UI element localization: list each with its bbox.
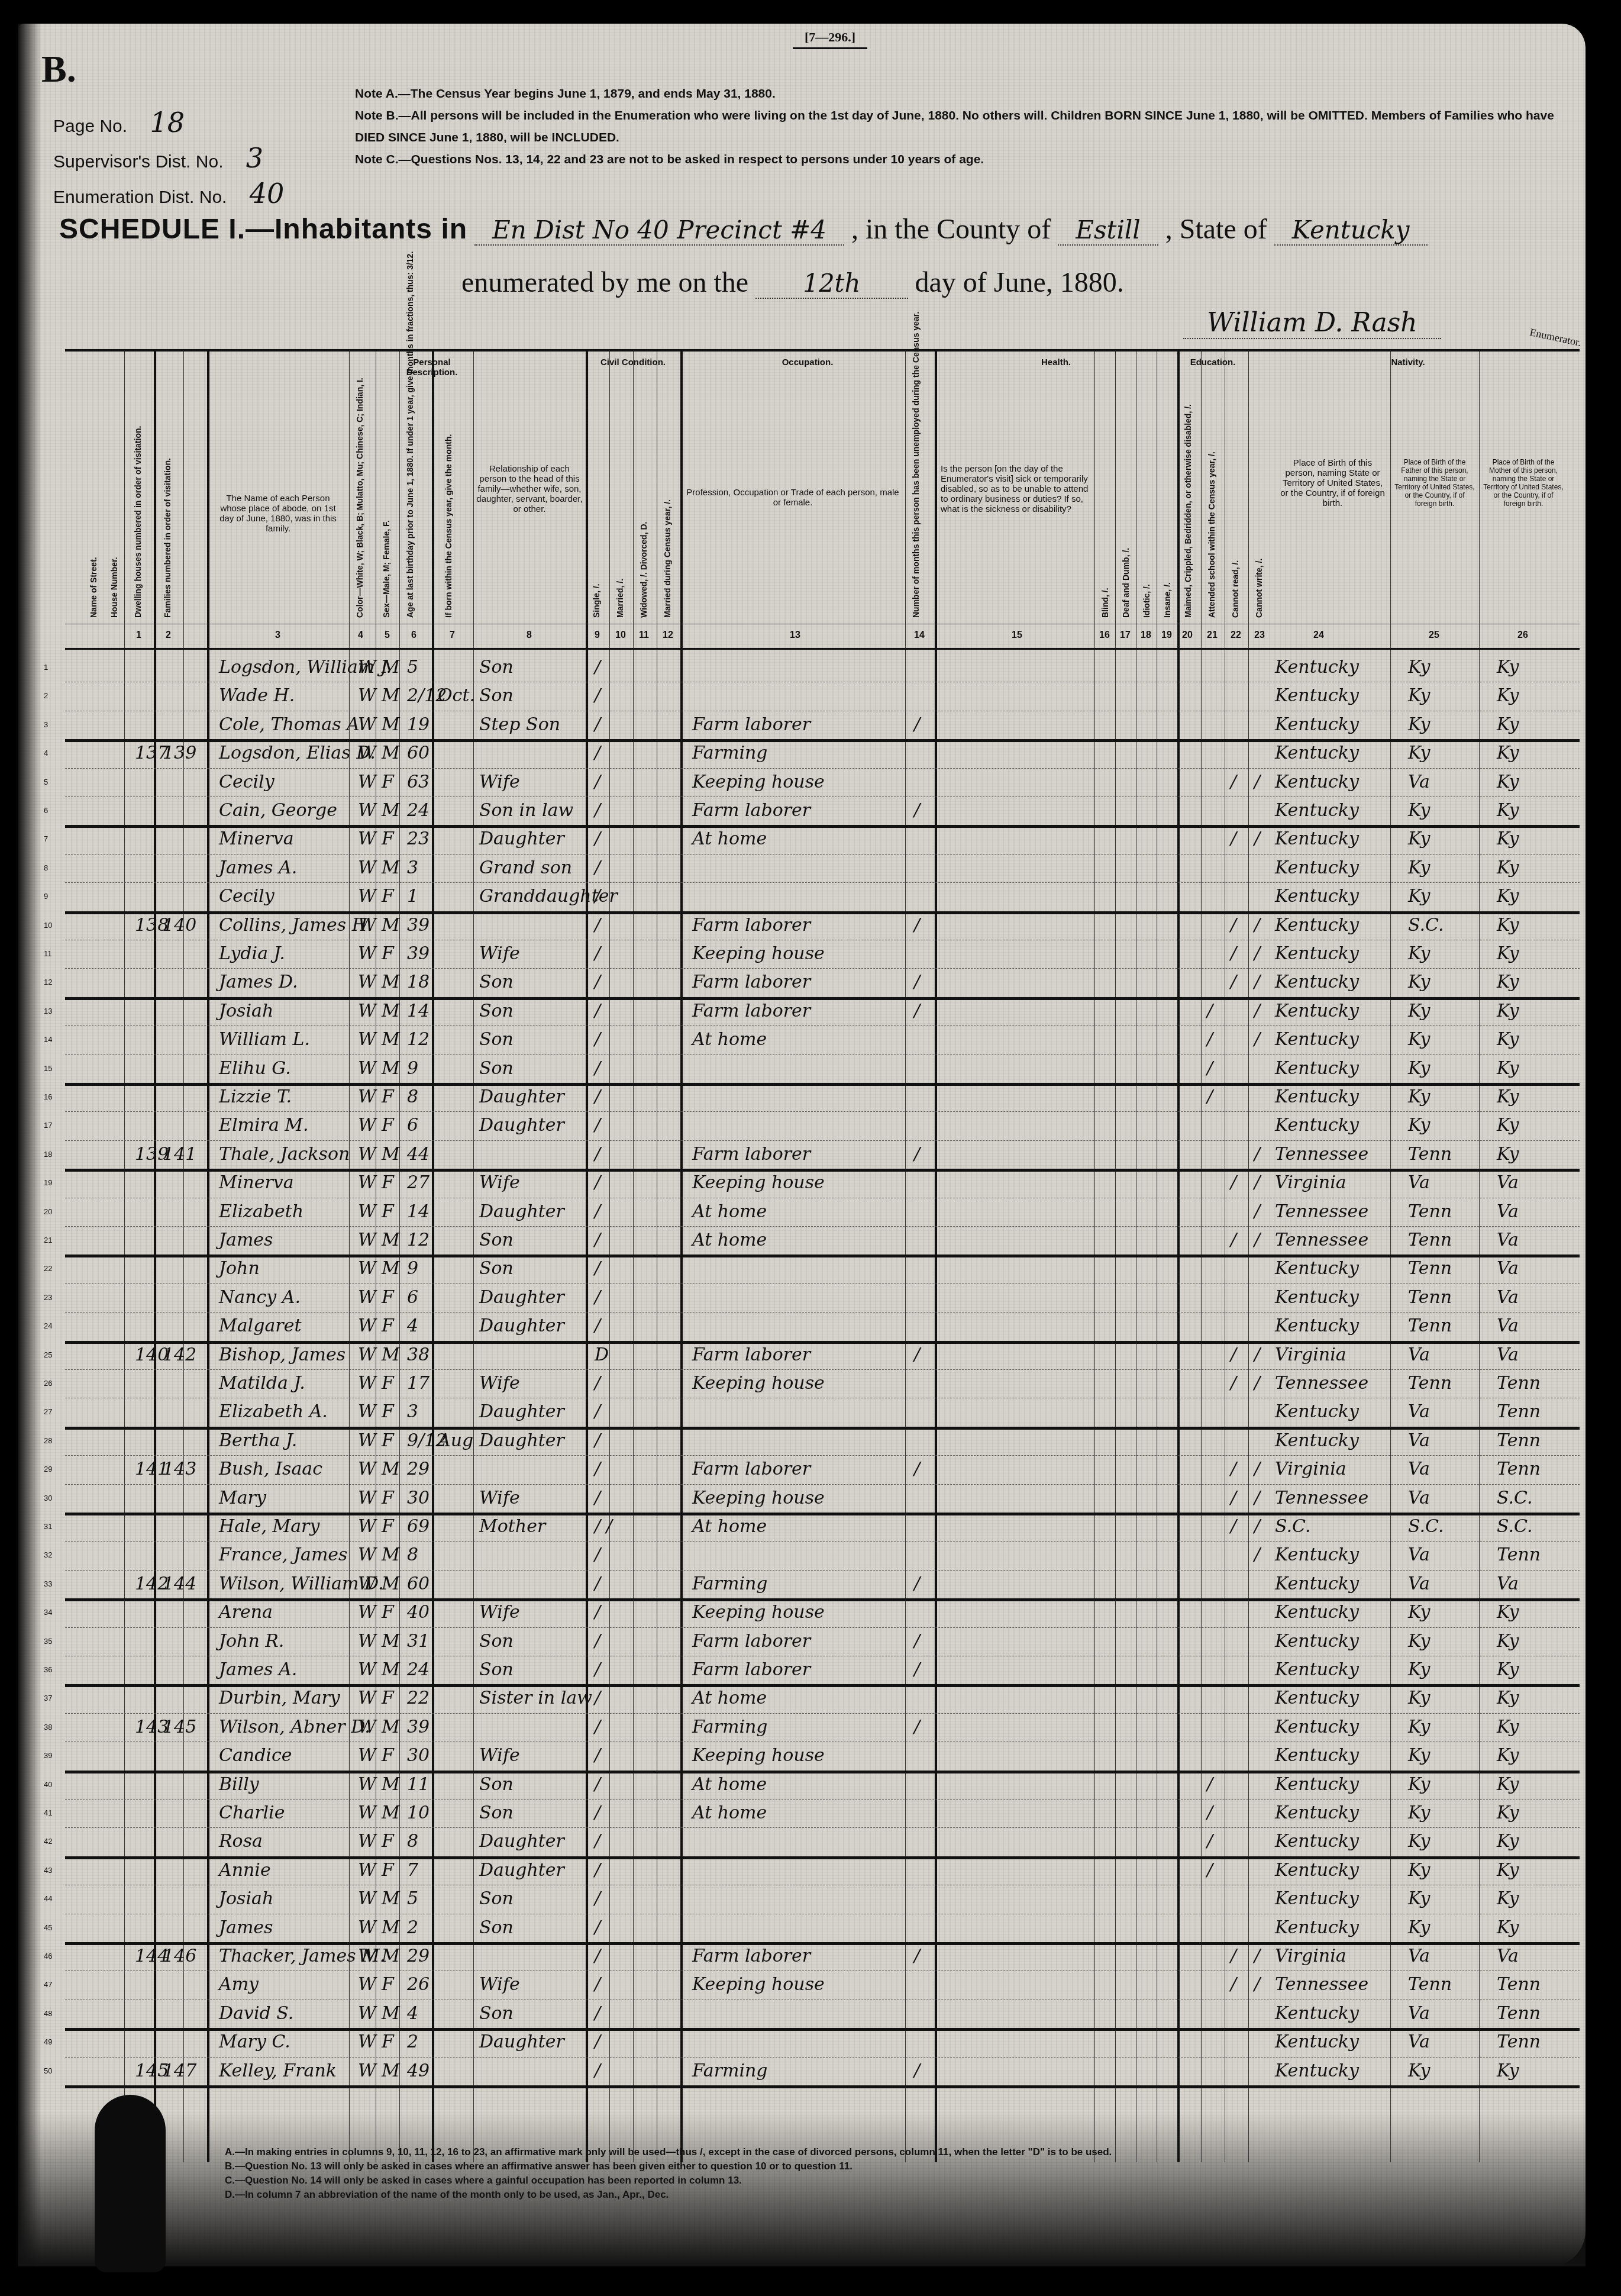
cell-civil: / — [595, 1688, 600, 1708]
cell-relation: Wife — [479, 1172, 520, 1193]
cell-father: Va — [1408, 1344, 1430, 1365]
cell-name: Josiah — [219, 1001, 273, 1021]
col-family: Families numbered in order of visitation… — [163, 387, 172, 618]
cell-color: W — [358, 1172, 376, 1193]
cell-ln: 2 — [44, 691, 48, 700]
cell-sex: F — [382, 2031, 394, 2052]
enumerated-day: 12th — [755, 269, 908, 299]
cell-name: David S. — [219, 2003, 293, 2024]
cell-father: Ky — [1408, 1860, 1430, 1881]
cell-occupation: Farm laborer — [692, 1659, 810, 1680]
cell-sex: M — [382, 1001, 400, 1021]
cell-color: W — [358, 828, 376, 849]
col-dwelling: Dwelling houses numbered in order of vis… — [133, 387, 143, 618]
cell-sex: F — [382, 1115, 394, 1136]
cell-name: Nancy A. — [219, 1287, 301, 1308]
cell-color: W — [358, 1831, 376, 1852]
cell-color: W — [358, 1631, 376, 1652]
cell-civil: / — [595, 743, 600, 763]
cell-civil: / — [595, 1946, 600, 1966]
cell-color: W — [358, 1086, 376, 1107]
cell-birth: Kentucky — [1275, 2003, 1359, 2024]
cell-birth: Kentucky — [1275, 943, 1359, 964]
cell-relation: Daughter — [479, 2031, 564, 2052]
cell-age: 29 — [407, 1459, 430, 1479]
col-born-month: If born within the Census year, give the… — [444, 387, 453, 618]
col-sickness: Is the person [on the day of the Enumera… — [941, 464, 1089, 514]
cell-age: 14 — [407, 1001, 430, 1021]
cell-sex: F — [382, 828, 394, 849]
cell-father: Va — [1408, 1401, 1430, 1422]
cell-write: / — [1254, 1144, 1260, 1165]
cell-read: / — [1231, 1373, 1236, 1394]
cell-age: 60 — [407, 1573, 430, 1594]
cell-color: W — [358, 685, 376, 706]
cell-birth: Kentucky — [1275, 714, 1359, 735]
table-row: 24MalgaretWF4Daughter/KentuckyTennVa — [65, 1312, 1580, 1343]
cell-ln: 18 — [44, 1150, 52, 1159]
cell-relation: Daughter — [479, 1115, 564, 1136]
cell-name: James A. — [219, 1659, 297, 1680]
cell-ln: 16 — [44, 1092, 52, 1101]
cell-mother: Va — [1497, 1201, 1519, 1222]
cell-relation: Son — [479, 1917, 514, 1938]
cell-father: Ky — [1408, 1115, 1430, 1136]
cell-read: / — [1231, 972, 1236, 992]
cell-relation: Son — [479, 685, 514, 706]
cell-civil: / — [595, 1144, 600, 1165]
footnote-a: A.—In making entries in columns 9, 10, 1… — [225, 2145, 1112, 2159]
cell-color: W — [358, 1115, 376, 1136]
cell-name: Mary — [219, 1488, 266, 1508]
cell-sex: M — [382, 1888, 400, 1909]
cell-father: Ky — [1408, 1001, 1430, 1021]
cell-father: Ky — [1408, 1831, 1430, 1852]
cell-write: / — [1254, 1201, 1260, 1222]
cell-mother: Ky — [1497, 657, 1519, 678]
cell-relation: Son — [479, 1631, 514, 1652]
cell-birth: Kentucky — [1275, 1029, 1359, 1050]
cell-read: / — [1231, 1459, 1236, 1479]
note-c: Note C.—Questions Nos. 13, 14, 22 and 23… — [355, 149, 1568, 170]
cell-birth: Kentucky — [1275, 1544, 1359, 1565]
cell-birth: Kentucky — [1275, 1115, 1359, 1136]
cell-unemployed: / — [914, 1001, 920, 1021]
footnote-b: B.—Question No. 13 will only be asked in… — [225, 2159, 1112, 2174]
cell-sex: F — [382, 1287, 394, 1308]
cell-sex: F — [382, 1831, 394, 1852]
cell-occupation: Farming — [692, 743, 768, 763]
cell-write: / — [1254, 1459, 1260, 1479]
cell-father: Va — [1408, 1573, 1430, 1594]
cell-color: W — [358, 1688, 376, 1708]
table-row: 15Elihu G.WM9Son//KentuckyKyKy — [65, 1055, 1580, 1086]
cell-father: Ky — [1408, 1917, 1430, 1938]
cell-age: 29 — [407, 1946, 430, 1966]
cell-family: 144 — [163, 1573, 196, 1594]
cell-ln: 22 — [44, 1264, 52, 1273]
cell-occupation: At home — [692, 1774, 767, 1795]
cell-birth: Tennessee — [1275, 1144, 1368, 1165]
cell-sex: M — [382, 714, 400, 735]
cell-father: Ky — [1408, 828, 1430, 849]
cell-ln: 42 — [44, 1837, 52, 1846]
cell-sex: F — [382, 886, 394, 907]
table-row: 14William L.WM12Son/At home//KentuckyKyK… — [65, 1026, 1580, 1055]
cell-color: W — [358, 2060, 376, 2081]
cell-write: / — [1254, 943, 1260, 964]
cell-ln: 5 — [44, 778, 48, 786]
cell-civil: / — [595, 1172, 600, 1193]
page-edge-shadow — [18, 24, 41, 2266]
cell-birth: Tennessee — [1275, 1201, 1368, 1222]
cell-mother: Tenn — [1497, 1544, 1541, 1565]
cell-occupation: Keeping house — [692, 1172, 825, 1193]
cell-age: 4 — [407, 2003, 418, 2024]
supervisor-dist-label: Supervisor's Dist. No. — [53, 152, 223, 172]
cell-sex: M — [382, 1659, 400, 1680]
cell-ln: 33 — [44, 1579, 52, 1588]
cell-sex: F — [382, 1516, 394, 1537]
col-age: Age at last birthday prior to June 1, 18… — [405, 387, 415, 618]
cell-sex: M — [382, 1344, 400, 1365]
cell-sex: M — [382, 1144, 400, 1165]
col-house-number: House Number. — [109, 423, 119, 618]
schedule-label: SCHEDULE I.—Inhabitants in — [59, 214, 467, 245]
cell-civil: / — [595, 1631, 600, 1652]
cell-birth: Kentucky — [1275, 972, 1359, 992]
cell-father: Ky — [1408, 1888, 1430, 1909]
cell-mother: Va — [1497, 1172, 1519, 1193]
cell-birth: Kentucky — [1275, 1774, 1359, 1795]
cell-age: 8 — [407, 1544, 418, 1565]
cell-sex: F — [382, 1373, 394, 1394]
cell-name: Cole, Thomas A. — [219, 714, 365, 735]
cell-civil: / — [595, 828, 600, 849]
cell-read: / — [1231, 943, 1236, 964]
cell-birth: Kentucky — [1275, 800, 1359, 821]
cell-birth: S.C. — [1275, 1516, 1310, 1537]
cell-age: 63 — [407, 772, 430, 792]
cell-ln: 32 — [44, 1550, 52, 1559]
cell-birth: Kentucky — [1275, 1717, 1359, 1737]
county-label: , in the County of — [851, 214, 1051, 245]
cell-birth: Kentucky — [1275, 1688, 1359, 1708]
cell-color: W — [358, 743, 376, 763]
cell-civil: D — [595, 1344, 609, 1365]
cell-birth: Tennessee — [1275, 1230, 1368, 1250]
cell-name: Arena — [219, 1602, 273, 1623]
cell-sex: M — [382, 857, 400, 878]
cell-sex: M — [382, 743, 400, 763]
cell-civil: / — [595, 1745, 600, 1766]
cell-unemployed: / — [914, 800, 920, 821]
cell-age: 1 — [407, 886, 418, 907]
cell-color: W — [358, 1459, 376, 1479]
cell-school: / — [1207, 1774, 1213, 1795]
cell-relation: Daughter — [479, 828, 564, 849]
cell-mother: Ky — [1497, 1144, 1519, 1165]
footnotes: A.—In making entries in columns 9, 10, 1… — [225, 2145, 1112, 2202]
cell-write: / — [1254, 1373, 1260, 1394]
cell-name: Charlie — [219, 1802, 285, 1823]
cell-occupation: Keeping house — [692, 943, 825, 964]
cell-ln: 12 — [44, 978, 52, 986]
cell-unemployed: / — [914, 1946, 920, 1966]
cell-birth: Kentucky — [1275, 1258, 1359, 1279]
cell-ln: 28 — [44, 1436, 52, 1445]
cell-relation: Daughter — [479, 1831, 564, 1852]
cell-mother: Ky — [1497, 1659, 1519, 1680]
cell-civil: / — [595, 972, 600, 992]
cell-ln: 23 — [44, 1293, 52, 1302]
cell-father: Ky — [1408, 1802, 1430, 1823]
col-occupation: Profession, Occupation or Trade of each … — [686, 488, 899, 508]
cell-occupation: Farm laborer — [692, 1459, 810, 1479]
cell-name: John R. — [219, 1631, 284, 1652]
cell-mother: Va — [1497, 1287, 1519, 1308]
group-civil-condition: Civil Condition. — [586, 357, 680, 367]
cell-sex: M — [382, 1573, 400, 1594]
cell-occupation: Farming — [692, 1717, 768, 1737]
cell-relation: Son — [479, 1774, 514, 1795]
cell-color: W — [358, 1344, 376, 1365]
table-row: 45JamesWM2Son/KentuckyKyKy — [65, 1914, 1580, 1945]
cell-civil: / — [595, 2003, 600, 2024]
cell-civil: / — [595, 657, 600, 678]
cell-father: Tenn — [1408, 1287, 1452, 1308]
cell-ln: 14 — [44, 1035, 52, 1044]
table-row: 29141143Bush, IsaacWM29/Farm laborer///V… — [65, 1455, 1580, 1484]
table-row: 31Hale, MaryWF69Mother/ /At home//S.C.S.… — [65, 1513, 1580, 1542]
col-maimed: Maimed, Crippled, Bedridden, or otherwis… — [1183, 387, 1193, 618]
table-row: 40BillyWM11Son/At home/KentuckyKyKy — [65, 1771, 1580, 1800]
cell-relation: Wife — [479, 943, 520, 964]
cell-mother: Ky — [1497, 1917, 1519, 1938]
page-no-label: Page No. — [53, 117, 127, 136]
cell-sex: M — [382, 1946, 400, 1966]
cell-mother: Va — [1497, 1315, 1519, 1336]
cell-father: Tenn — [1408, 1201, 1452, 1222]
cell-relation: Daughter — [479, 1860, 564, 1881]
table-row: 19MinervaWF27Wife/Keeping house//Virgini… — [65, 1169, 1580, 1198]
cell-relation: Wife — [479, 1488, 520, 1508]
table-row: 3Cole, Thomas A.WM19Step Son/Farm labore… — [65, 711, 1580, 742]
cell-relation: Daughter — [479, 1287, 564, 1308]
cell-birth: Kentucky — [1275, 857, 1359, 878]
cell-birth: Kentucky — [1275, 1430, 1359, 1451]
cell-civil: / — [595, 1602, 600, 1623]
cell-father: S.C. — [1408, 915, 1444, 936]
cell-relation: Son — [479, 1659, 514, 1680]
cell-father: Ky — [1408, 1029, 1430, 1050]
cell-sex: F — [382, 1401, 394, 1422]
cell-age: 3 — [407, 857, 418, 878]
table-row: 37Durbin, MaryWF22Sister in law/At homeK… — [65, 1684, 1580, 1713]
cell-color: W — [358, 1802, 376, 1823]
cell-sex: F — [382, 1860, 394, 1881]
cell-write: / — [1254, 915, 1260, 936]
cell-name: Durbin, Mary — [219, 1688, 340, 1708]
cell-ln: 46 — [44, 1952, 52, 1960]
cell-ln: 11 — [44, 949, 52, 958]
cell-civil: / — [595, 1488, 600, 1508]
cell-age: 12 — [407, 1230, 430, 1250]
cell-age: 9 — [407, 1058, 418, 1079]
group-nativity: Nativity. — [1248, 357, 1568, 367]
cell-name: James A. — [219, 857, 297, 878]
cell-civil: / — [595, 1001, 600, 1021]
cell-color: W — [358, 1001, 376, 1021]
cell-mother: Ky — [1497, 1001, 1519, 1021]
cell-father: Tenn — [1408, 1144, 1452, 1165]
footnote-c: C.—Question No. 14 will only be asked in… — [225, 2174, 1112, 2188]
col-blind: Blind, /. — [1100, 470, 1110, 618]
cell-father: Ky — [1408, 1602, 1430, 1623]
cell-mother: Ky — [1497, 1860, 1519, 1881]
cell-age: 40 — [407, 1602, 430, 1623]
cell-mother: Va — [1497, 1230, 1519, 1250]
cell-birth: Virginia — [1275, 1459, 1346, 1479]
cell-birth: Kentucky — [1275, 1831, 1359, 1852]
cell-ln: 21 — [44, 1236, 52, 1244]
cell-sex: F — [382, 1201, 394, 1222]
cell-family: 145 — [163, 1717, 196, 1737]
cell-color: W — [358, 1488, 376, 1508]
cell-age: 6 — [407, 1115, 418, 1136]
cell-mother: Ky — [1497, 972, 1519, 992]
col-relationship: Relationship of each person to the head … — [476, 464, 583, 514]
cell-write: / — [1254, 772, 1260, 792]
col-widowed: Widowed, /. Divorced, D. — [639, 470, 648, 618]
table-row: 17Elmira M.WF6Daughter/KentuckyKyKy — [65, 1111, 1580, 1140]
cell-relation: Grand son — [479, 857, 572, 878]
cell-birth: Kentucky — [1275, 1001, 1359, 1021]
cell-name: James — [219, 1230, 273, 1250]
cell-birth: Kentucky — [1275, 915, 1359, 936]
cell-family: 142 — [163, 1344, 196, 1365]
table-row: 48David S.WM4Son/KentuckyVaTenn — [65, 2000, 1580, 2031]
thumb-shadow — [95, 2095, 166, 2272]
cell-school: / — [1207, 1860, 1213, 1881]
cell-age: 22 — [407, 1688, 430, 1708]
cell-civil: / — [595, 772, 600, 792]
cell-relation: Daughter — [479, 1315, 564, 1336]
cell-relation: Mother — [479, 1516, 545, 1537]
cell-ln: 7 — [44, 834, 48, 843]
note-a: Note A.—The Census Year begins June 1, 1… — [355, 83, 1568, 105]
cell-mother: Tenn — [1497, 2031, 1541, 2052]
cell-mother: Tenn — [1497, 1459, 1541, 1479]
cell-color: W — [358, 1974, 376, 1995]
table-row: 5CecilyWF63Wife/Keeping house//KentuckyV… — [65, 768, 1580, 797]
cell-ln: 43 — [44, 1866, 52, 1875]
table-row: 13JosiahWM14Son/Farm laborer///KentuckyK… — [65, 997, 1580, 1026]
table-row: 10138140Collins, James H.WM39/Farm labor… — [65, 911, 1580, 940]
table-row: 47AmyWF26Wife/Keeping house//TennesseeTe… — [65, 1971, 1580, 2000]
schedule-place: En Dist No 40 Precinct #4 — [474, 215, 844, 246]
col-cannot-read: Cannot read, /. — [1231, 470, 1240, 618]
cell-sex: M — [382, 1230, 400, 1250]
cell-mother: Ky — [1497, 886, 1519, 907]
group-occupation: Occupation. — [680, 357, 935, 367]
cell-age: 5 — [407, 1888, 418, 1909]
cell-occupation: Farming — [692, 1573, 768, 1594]
cell-birth: Virginia — [1275, 1172, 1346, 1193]
cell-write: / — [1254, 1172, 1260, 1193]
cell-birth: Kentucky — [1275, 1287, 1359, 1308]
cell-age: 14 — [407, 1201, 430, 1222]
cell-mother: Va — [1497, 1344, 1519, 1365]
cell-sex: M — [382, 1631, 400, 1652]
col-months-unemployed: Number of months this person has been un… — [911, 387, 921, 618]
cell-relation: Daughter — [479, 1430, 564, 1451]
cell-mother: Ky — [1497, 915, 1519, 936]
cell-age: 17 — [407, 1373, 430, 1394]
cell-sex: F — [382, 1745, 394, 1766]
cell-color: W — [358, 714, 376, 735]
cell-sex: M — [382, 685, 400, 706]
cell-school: / — [1207, 1058, 1213, 1079]
cell-relation: Son — [479, 2003, 514, 2024]
enumeration-dist-value: 40 — [250, 178, 285, 209]
cell-ln: 38 — [44, 1723, 52, 1731]
cell-color: W — [358, 1144, 376, 1165]
cell-father: Ky — [1408, 1058, 1430, 1079]
cell-age: 26 — [407, 1974, 430, 1995]
cell-mother: Va — [1497, 1573, 1519, 1594]
cell-mother: Ky — [1497, 1086, 1519, 1107]
cell-age: 60 — [407, 743, 430, 763]
cell-father: Tenn — [1408, 1258, 1452, 1279]
cell-mother: S.C. — [1497, 1516, 1532, 1537]
cell-color: W — [358, 1717, 376, 1737]
cell-color: W — [358, 1602, 376, 1623]
cell-birth: Kentucky — [1275, 1058, 1359, 1079]
cell-name: John — [219, 1258, 260, 1279]
cell-write: / — [1254, 972, 1260, 992]
cell-mother: Ky — [1497, 1115, 1519, 1136]
cell-unemployed: / — [914, 972, 920, 992]
cell-civil: / — [595, 1459, 600, 1479]
col-mother-birthplace: Place of Birth of the Mother of this per… — [1482, 458, 1565, 508]
schedule-heading: SCHEDULE I.—Inhabitants in En Dist No 40… — [59, 213, 1428, 246]
cell-ln: 6 — [44, 806, 48, 815]
cell-civil: / / — [595, 1516, 612, 1537]
cell-relation: Son — [479, 1802, 514, 1823]
cell-civil: / — [595, 1544, 600, 1565]
cell-read: / — [1231, 772, 1236, 792]
cell-civil: / — [595, 1287, 600, 1308]
state-label: , State of — [1165, 214, 1267, 245]
cell-mother: Ky — [1497, 828, 1519, 849]
cell-age: 8 — [407, 1831, 418, 1852]
cell-color: W — [358, 2003, 376, 2024]
cell-mother: Tenn — [1497, 1373, 1541, 1394]
cell-write: / — [1254, 1344, 1260, 1365]
cell-unemployed: / — [914, 915, 920, 936]
cell-sex: M — [382, 1774, 400, 1795]
cell-ln: 48 — [44, 2009, 52, 2018]
cell-father: Tenn — [1408, 1315, 1452, 1336]
cell-ln: 24 — [44, 1321, 52, 1330]
cell-relation: Daughter — [479, 1401, 564, 1422]
col-name: The Name of each Person whose place of a… — [213, 494, 343, 534]
cell-mother: Tenn — [1497, 2003, 1541, 2024]
col-color: Color—White, W; Black, B; Mulatto, Mu; C… — [355, 387, 364, 618]
cell-civil: / — [595, 685, 600, 706]
cell-civil: / — [595, 1573, 600, 1594]
